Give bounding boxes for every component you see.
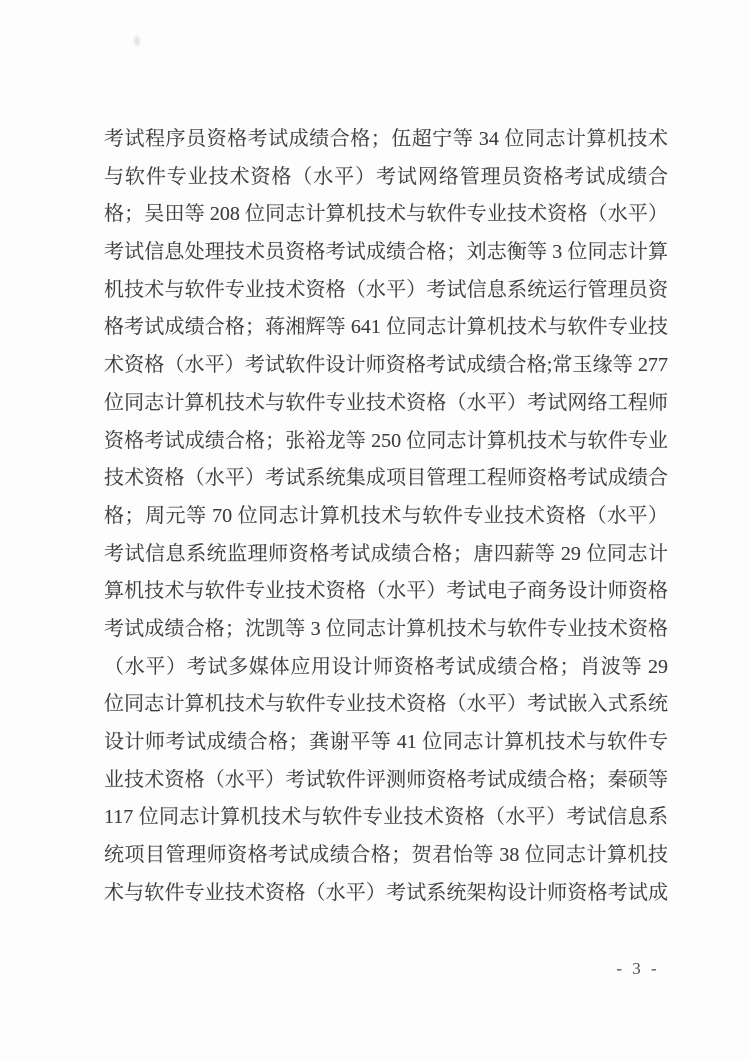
- text-line: 格考试成绩合格；蒋湘辉等 641 位同志计算机技术与软件专业技: [104, 309, 668, 347]
- document-page: 考试程序员资格考试成绩合格；伍超宁等 34 位同志计算机技术 与软件专业技术资格…: [0, 0, 750, 1061]
- text-line: 位同志计算机技术与软件专业技术资格（水平）考试网络工程师: [104, 385, 668, 423]
- body-text: 考试程序员资格考试成绩合格；伍超宁等 34 位同志计算机技术 与软件专业技术资格…: [104, 121, 668, 912]
- text-line: 设计师考试成绩合格；龚谢平等 41 位同志计算机技术与软件专: [104, 724, 668, 762]
- text-line: 格；周元等 70 位同志计算机技术与软件专业技术资格（水平）: [104, 498, 668, 536]
- text-line: 位同志计算机技术与软件专业技术资格（水平）考试嵌入式系统: [104, 686, 668, 724]
- text-line: 机技术与软件专业技术资格（水平）考试信息系统运行管理员资: [104, 272, 668, 310]
- page-number: - 3 -: [596, 959, 680, 979]
- text-line: 格；吴田等 208 位同志计算机技术与软件专业技术资格（水平）: [104, 196, 668, 234]
- text-line: 算机技术与软件专业技术资格（水平）考试电子商务设计师资格: [104, 573, 668, 611]
- text-line: 技术资格（水平）考试系统集成项目管理工程师资格考试成绩合: [104, 460, 668, 498]
- text-line: 考试信息系统监理师资格考试成绩合格；唐四薪等 29 位同志计: [104, 536, 668, 574]
- text-line: 业技术资格（水平）考试软件评测师资格考试成绩合格；秦硕等: [104, 762, 668, 800]
- text-line: 考试信息处理技术员资格考试成绩合格；刘志衡等 3 位同志计算: [104, 234, 668, 272]
- text-line: （水平）考试多媒体应用设计师资格考试成绩合格；肖波等 29: [104, 649, 668, 687]
- text-line: 与软件专业技术资格（水平）考试网络管理员资格考试成绩合: [104, 159, 668, 197]
- text-line: 术与软件专业技术资格（水平）考试系统架构设计师资格考试成: [104, 875, 668, 913]
- text-line: 117 位同志计算机技术与软件专业技术资格（水平）考试信息系: [104, 799, 668, 837]
- text-line: 术资格（水平）考试软件设计师资格考试成绩合格;常玉缘等 277: [104, 347, 668, 385]
- text-line: 考试程序员资格考试成绩合格；伍超宁等 34 位同志计算机技术: [104, 121, 668, 159]
- text-line: 资格考试成绩合格；张裕龙等 250 位同志计算机技术与软件专业: [104, 423, 668, 461]
- scan-smudge-artifact: [134, 36, 140, 46]
- text-line: 考试成绩合格；沈凯等 3 位同志计算机技术与软件专业技术资格: [104, 611, 668, 649]
- text-line: 统项目管理师资格考试成绩合格；贺君怡等 38 位同志计算机技: [104, 837, 668, 875]
